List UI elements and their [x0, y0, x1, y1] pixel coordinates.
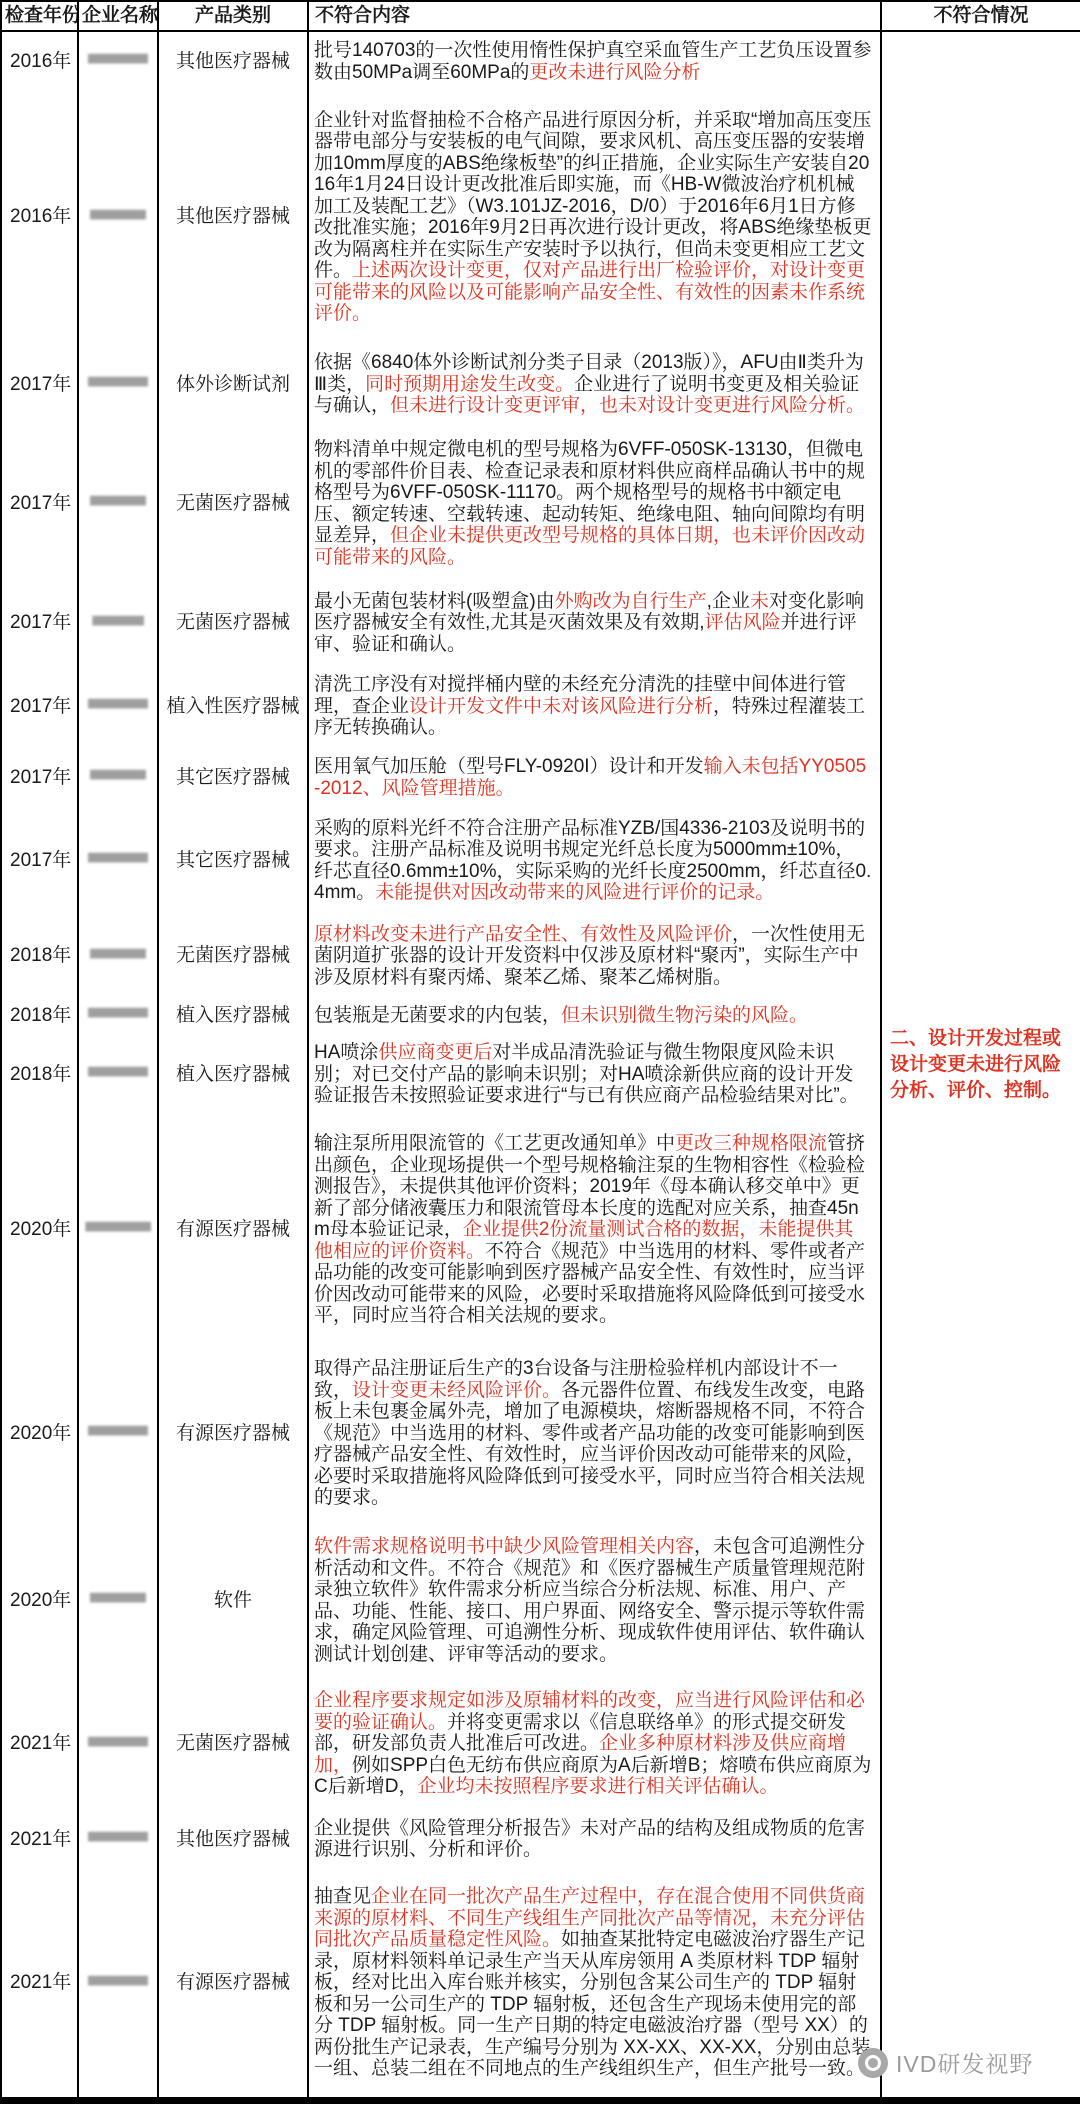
noncompliance-highlight-text: 但未进行设计变更评审，也未对设计变更进行风险分析。	[390, 395, 865, 416]
inspection-report-page: 检查年份 企业名称 产品类别 不符合内容 不符合情况 2016年████████…	[0, 0, 1080, 2114]
company-name-redacted: █████████████	[88, 48, 149, 70]
inspection-year-cell: 2018年	[1, 915, 78, 998]
product-category-cell: 其他医疗器械	[158, 31, 308, 91]
company-name-redacted: ████████████	[90, 490, 146, 512]
noncompliance-text: 输注泵所用限流管的《工艺更改通知单》中	[314, 1133, 675, 1154]
product-category-cell: 有源医疗器械	[158, 1869, 308, 2100]
nonconformity-content-cell: 原材料改变未进行产品安全性、有效性及风险评价，一次性使用无菌阴道扩张器的设计开发…	[308, 915, 881, 998]
noncompliance-highlight-text: 但企业未提供更改型号规格的具体日期，也未评价因改动可能带来的风险。	[314, 525, 865, 568]
nonconformity-content-cell: 物料清单中规定微电机的型号规格为6VFF-050SK-13130，但微电机的零部…	[308, 426, 881, 581]
company-name-cell: ███████████	[78, 581, 158, 664]
product-category-cell: 无菌医疗器械	[158, 1678, 308, 1809]
nonconformity-content-cell: 最小无菌包装材料(吸塑盒)由外购改为自行生产,企业未对变化影响医疗器械安全有效性…	[308, 581, 881, 664]
nonconformity-content-cell: 企业程序要求规定如涉及原辅材料的改变，应当进行风险评估和必要的验证确认。并将变更…	[308, 1678, 881, 1809]
company-name-cell: █████████████	[78, 665, 158, 748]
noncompliance-highlight-text: 设计开发文件中未对该风险进行分析	[409, 696, 713, 717]
company-name-redacted: █████████████	[88, 1061, 149, 1083]
noncompliance-text: 如抽查某批特定电磁波治疗器生产记录，原材料领料单记录生产当天从库房领用 A 类原…	[314, 1929, 870, 2079]
company-name-cell: ████████████	[78, 91, 158, 342]
company-name-redacted: █████████████	[88, 693, 149, 715]
noncompliance-text: ,企业	[707, 591, 750, 612]
nonconformity-content-cell: 依据《6840体外诊断试剂分类子目录（2013版）》，AFU由Ⅱ类升为Ⅲ类，同时…	[308, 343, 881, 426]
company-name-cell: █████████████	[78, 31, 158, 91]
company-name-cell: ████████████	[78, 1523, 158, 1678]
inspection-year-cell: 2021年	[1, 1810, 78, 1869]
company-name-redacted: ██████████████	[85, 1216, 150, 1238]
watermark: IVD研发视野	[858, 2046, 1033, 2079]
watermark-label: IVD研发视野	[896, 2046, 1033, 2079]
inspection-year-cell: 2017年	[1, 665, 78, 748]
product-category-cell: 体外诊断试剂	[158, 343, 308, 426]
column-header-status: 不符合情况	[881, 1, 1080, 31]
product-category-cell: 其它医疗器械	[158, 807, 308, 914]
noncompliance-highlight-text: 外购改为自行生产	[555, 591, 707, 612]
product-category-cell: 有源医疗器械	[158, 1116, 308, 1343]
noncompliance-highlight-text: 软件需求规格说明书中缺少风险管理相关内容	[314, 1536, 694, 1557]
noncompliance-text: HA喷涂	[314, 1042, 378, 1063]
column-header-year: 检查年份	[1, 1, 78, 31]
inspection-year-cell: 2020年	[1, 1523, 78, 1678]
inspection-year-cell: 2017年	[1, 581, 78, 664]
noncompliance-highlight-text: 原材料改变未进行产品安全性、有效性及风险评价	[314, 924, 732, 945]
noncompliance-highlight-text: 上述两次设计变更，仅对产品进行出厂检验评价，对设计变更可能带来的风险以及可能影响…	[314, 260, 865, 324]
nonconformity-status-cell: 二、设计开发过程或设计变更未进行风险分析、评价、控制。	[881, 31, 1080, 2101]
company-name-redacted: ████████████	[90, 943, 146, 965]
noncompliance-text: 企业针对监督抽检不合格产品进行原因分析，并采取“增加高压变压器带电部分与安装板的…	[314, 110, 871, 282]
company-name-cell: █████████████	[78, 1033, 158, 1116]
company-name-redacted: █████████████	[88, 1731, 149, 1753]
nonconformity-content-cell: 抽查见企业在同一批次产品生产过程中，存在混合使用不同供货商来源的原材料、不同生产…	[308, 1869, 881, 2100]
noncompliance-highlight-text: 同时预期用途发生改变。	[365, 374, 574, 395]
nonconformity-content-cell: 输注泵所用限流管的《工艺更改通知单》中更改三种规格限流管挤出颜色，企业现场提供一…	[308, 1116, 881, 1343]
inspection-year-cell: 2020年	[1, 1344, 78, 1523]
nonconformity-content-cell: 企业提供《风险管理分析报告》未对产品的结构及组成物质的危害源进行识别、分析和评价…	[308, 1810, 881, 1869]
table-body: 2016年█████████████其他医疗器械批号140703的一次性使用惰性…	[1, 31, 1080, 2101]
company-name-cell: ██████████████	[78, 1116, 158, 1343]
noncompliance-highlight-text: 设计变更未经风险评价。	[352, 1380, 561, 1401]
noncompliance-text: 包装瓶是无菌要求的内包装，	[314, 1005, 561, 1026]
inspection-year-cell: 2016年	[1, 91, 78, 342]
inspection-year-cell: 2021年	[1, 1869, 78, 2100]
company-name-redacted: █████████████	[88, 1002, 149, 1024]
company-name-cell: ████████████	[78, 915, 158, 998]
company-name-redacted: ████████████	[90, 204, 146, 226]
nonconformity-content-cell: HA喷涂供应商变更后对半成品清洗验证与微生物限度风险未识别；对已交付产品的影响未…	[308, 1033, 881, 1116]
company-name-cell: ████████████	[78, 426, 158, 581]
noncompliance-highlight-text: 评估风险	[705, 612, 781, 633]
product-category-cell: 其他医疗器械	[158, 91, 308, 342]
noncompliance-highlight-text: 企业均未按照程序要求进行相关评估确认。	[417, 1776, 778, 1797]
product-category-cell: 其它医疗器械	[158, 748, 308, 807]
product-category-cell: 植入医疗器械	[158, 1033, 308, 1116]
nonconformity-content-cell: 批号140703的一次性使用惰性保护真空采血管生产工艺负压设置参数由50MPa调…	[308, 31, 881, 91]
company-name-cell: █████████████	[78, 1344, 158, 1523]
product-category-cell: 其他医疗器械	[158, 1810, 308, 1869]
inspection-year-cell: 2021年	[1, 1678, 78, 1809]
product-category-cell: 有源医疗器械	[158, 1344, 308, 1523]
product-category-cell: 无菌医疗器械	[158, 581, 308, 664]
ivd-logo-icon	[858, 2048, 888, 2078]
company-name-redacted: ████████████	[90, 1587, 146, 1609]
nonconformity-content-cell: 软件需求规格说明书中缺少风险管理相关内容，未包含可追溯性分析活动和文件。不符合《…	[308, 1523, 881, 1678]
company-name-cell: █████████████	[78, 807, 158, 914]
product-category-cell: 软件	[158, 1523, 308, 1678]
company-name-cell: █████████████	[78, 343, 158, 426]
table-row: 2016年█████████████其他医疗器械批号140703的一次性使用惰性…	[1, 31, 1080, 91]
nonconformity-category-label: 二、设计开发过程或设计变更未进行风险分析、评价、控制。	[886, 1026, 1076, 1104]
nonconformity-content-cell: 取得产品注册证后生产的3台设备与注册检验样机内部设计不一致，设计变更未经风险评价…	[308, 1344, 881, 1523]
nonconformity-content-cell: 包装瓶是无菌要求的内包装，但未识别微生物污染的风险。	[308, 998, 881, 1033]
noncompliance-highlight-text: 供应商变更后	[378, 1042, 492, 1063]
company-name-cell: █████████████	[78, 1810, 158, 1869]
inspection-year-cell: 2017年	[1, 426, 78, 581]
company-name-cell: █████████████	[78, 1678, 158, 1809]
inspection-year-cell: 2018年	[1, 1033, 78, 1116]
nonconformity-content-cell: 清洗工序没有对搅拌桶内壁的未经充分清洗的挂壁中间体进行管理，查企业设计开发文件中…	[308, 665, 881, 748]
noncompliance-highlight-text: 但未识别微生物污染的风险。	[561, 1005, 808, 1026]
product-category-cell: 无菌医疗器械	[158, 915, 308, 998]
inspection-year-cell: 2017年	[1, 343, 78, 426]
noncompliance-highlight-text: 未能提供对因改动带来的风险进行评价的记录。	[375, 882, 774, 903]
inspection-year-cell: 2020年	[1, 1116, 78, 1343]
noncompliance-text: 企业提供《风险管理分析报告》未对产品的结构及组成物质的危害源进行识别、分析和评价…	[314, 1818, 865, 1861]
nonconformity-table: 检查年份 企业名称 产品类别 不符合内容 不符合情况 2016年████████…	[0, 0, 1080, 2104]
inspection-year-cell: 2017年	[1, 807, 78, 914]
noncompliance-highlight-text: 更改未进行风险分析	[529, 62, 700, 83]
noncompliance-highlight-text: 未	[750, 591, 769, 612]
inspection-year-cell: 2017年	[1, 748, 78, 807]
product-category-cell: 植入性医疗器械	[158, 665, 308, 748]
noncompliance-highlight-text: 更改三种规格限流	[675, 1133, 827, 1154]
nonconformity-content-cell: 企业针对监督抽检不合格产品进行原因分析，并采取“增加高压变压器带电部分与安装板的…	[308, 91, 881, 342]
product-category-cell: 无菌医疗器械	[158, 426, 308, 581]
company-name-redacted: █████████████	[88, 1420, 149, 1442]
column-header-content: 不符合内容	[308, 1, 881, 31]
company-name-cell: █████████████	[78, 998, 158, 1033]
noncompliance-text: 医用氧气加压舱（型号FLY-0920I）设计和开发	[314, 756, 704, 777]
company-name-redacted: █████████████	[88, 371, 149, 393]
company-name-redacted: █████████████	[88, 1826, 149, 1848]
header-row: 检查年份 企业名称 产品类别 不符合内容 不符合情况	[1, 1, 1080, 31]
inspection-year-cell: 2016年	[1, 31, 78, 91]
column-header-category: 产品类别	[158, 1, 308, 31]
nonconformity-content-cell: 医用氧气加压舱（型号FLY-0920I）设计和开发输入未包括YY0505-201…	[308, 748, 881, 807]
inspection-year-cell: 2018年	[1, 998, 78, 1033]
company-name-redacted: █████████████	[88, 847, 149, 869]
noncompliance-text: 抽查见	[314, 1886, 371, 1907]
company-name-redacted: █████████████	[88, 1970, 149, 1992]
column-header-company: 企业名称	[78, 1, 158, 31]
nonconformity-content-cell: 采购的原料光纤不符合注册产品标准YZB/国4336-2103及说明书的要求。注册…	[308, 807, 881, 914]
company-name-cell: ████████████	[78, 748, 158, 807]
company-name-cell: █████████████	[78, 1869, 158, 2100]
noncompliance-text: 最小无菌包装材料(吸塑盒)由	[314, 591, 555, 612]
product-category-cell: 植入医疗器械	[158, 998, 308, 1033]
company-name-redacted: ████████████	[90, 764, 146, 786]
company-name-redacted: ███████████	[92, 610, 143, 632]
